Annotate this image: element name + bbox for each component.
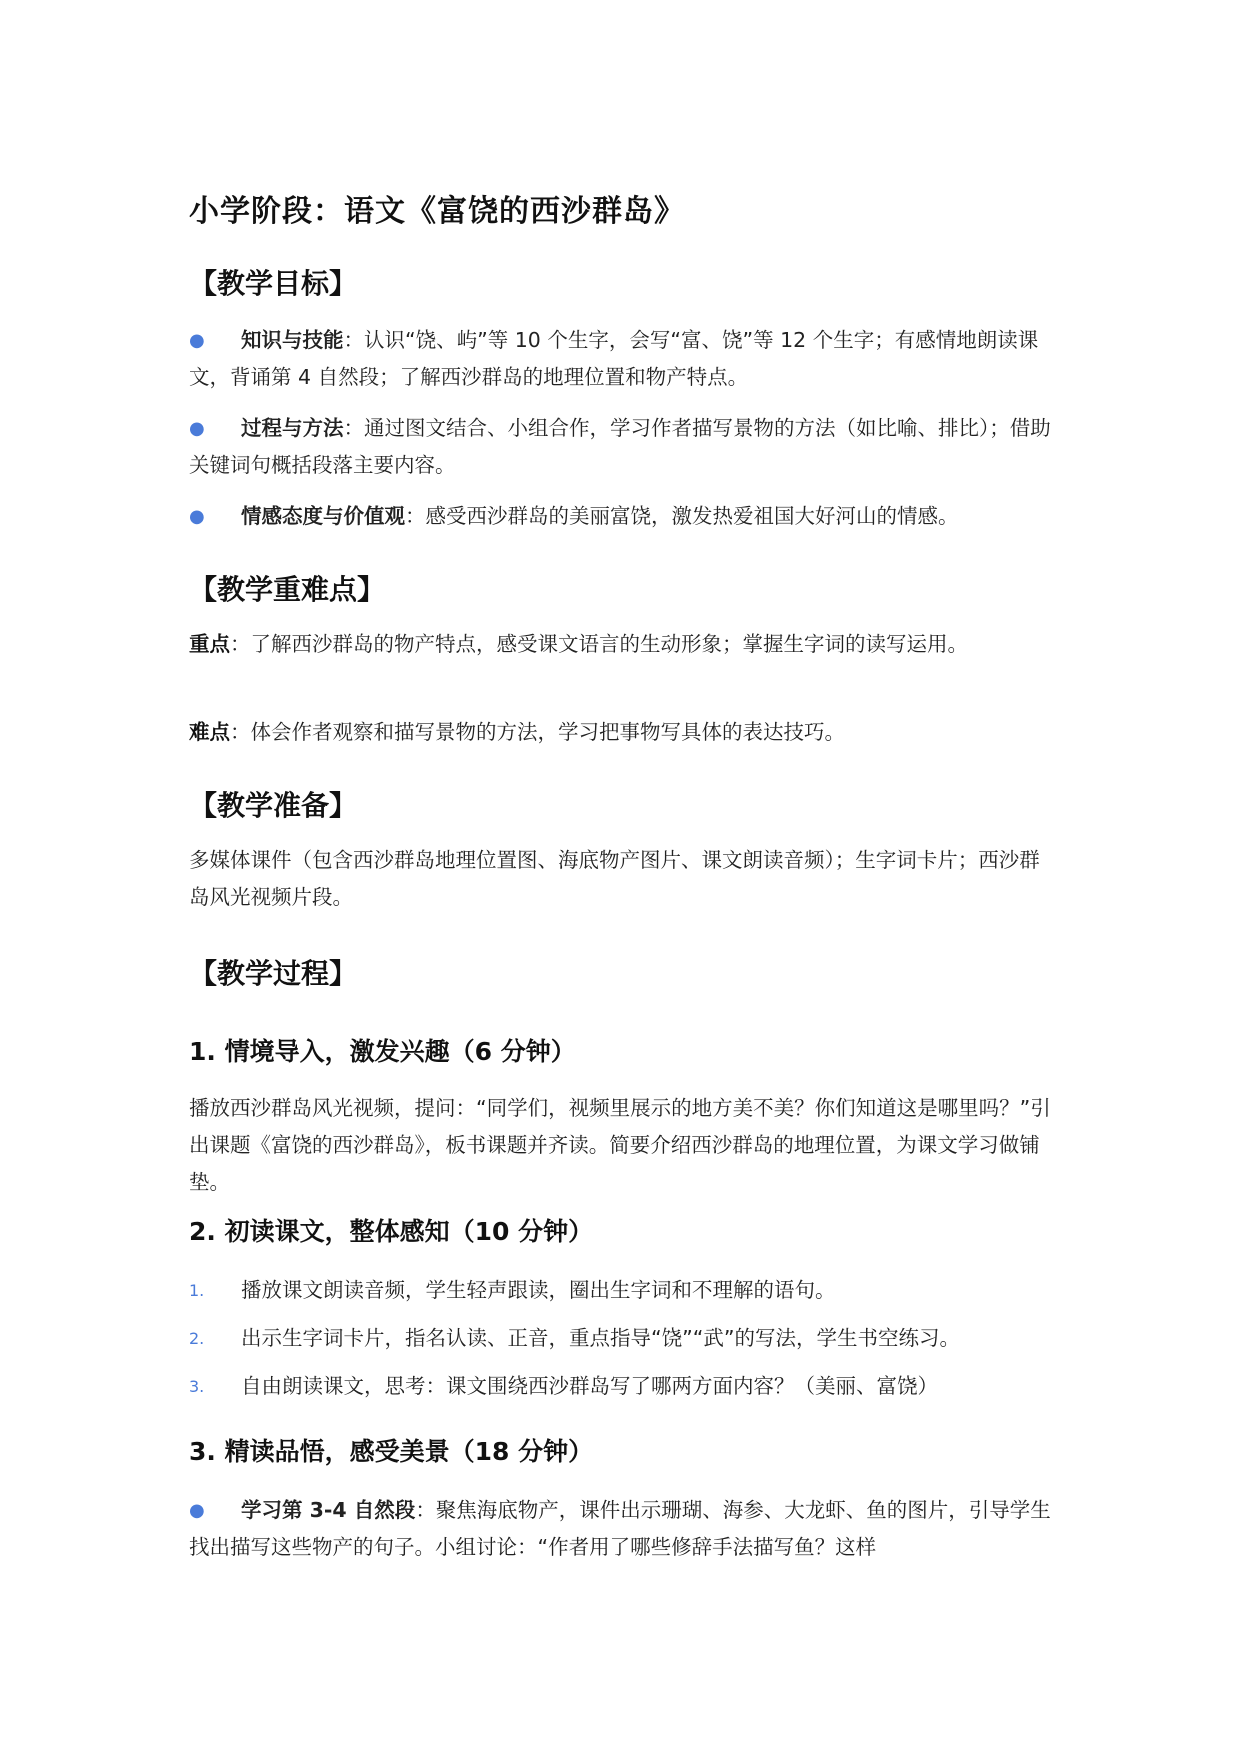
item-text: 播放课文朗读音频，学生轻声跟读，圈出生字词和不理解的语句。 xyxy=(241,1278,836,1302)
list-item: 3. 自由朗读课文，思考：课文围绕西沙群岛写了哪两方面内容？（美丽、富饶） xyxy=(189,1368,1059,1405)
item-text: ：感受西沙群岛的美丽富饶，激发热爱祖国大好河山的情感。 xyxy=(405,504,959,528)
list-item: ● 过程与方法：通过图文结合、小组合作，学习作者描写景物的方法（如比喻、排比）；… xyxy=(189,410,1059,484)
list-number: 2. xyxy=(189,1320,204,1357)
item-label: 重点 xyxy=(189,632,230,656)
item-text: ：了解西沙群岛的物产特点，感受课文语言的生动形象；掌握生字词的读写运用。 xyxy=(230,632,968,656)
item-label: 过程与方法 xyxy=(241,416,344,440)
item-text: 自由朗读课文，思考：课文围绕西沙群岛写了哪两方面内容？（美丽、富饶） xyxy=(241,1374,938,1398)
item-label: 学习第 3-4 自然段 xyxy=(241,1498,415,1522)
bullet-icon: ● xyxy=(189,410,205,447)
bullet-icon: ● xyxy=(189,498,205,535)
document-title: 小学阶段：语文《富饶的西沙群岛》 xyxy=(189,186,685,230)
item-text: 出示生字词卡片，指名认读、正音，重点指导“饶”“武”的写法，学生书空练习。 xyxy=(241,1326,960,1350)
bullet-icon: ● xyxy=(189,1492,205,1529)
list-item: ● 知识与技能：认识“饶、屿”等 10 个生字，会写“富、饶”等 12 个生字；… xyxy=(189,322,1059,396)
paragraph-step-1: 播放西沙群岛风光视频，提问：“同学们，视频里展示的地方美不美？你们知道这是哪里吗… xyxy=(189,1090,1059,1201)
list-number: 3. xyxy=(189,1368,204,1405)
heading-step-3: 3. 精读品悟，感受美景（18 分钟） xyxy=(189,1432,593,1468)
paragraph-difficulty: 难点：体会作者观察和描写景物的方法，学习把事物写具体的表达技巧。 xyxy=(189,714,1059,751)
heading-objectives: 【教学目标】 xyxy=(189,262,357,302)
heading-step-2: 2. 初读课文，整体感知（10 分钟） xyxy=(189,1212,593,1248)
item-label: 情感态度与价值观 xyxy=(241,504,405,528)
heading-key-points: 【教学重难点】 xyxy=(189,568,385,608)
item-text: ：体会作者观察和描写景物的方法，学习把事物写具体的表达技巧。 xyxy=(230,720,845,744)
item-label: 知识与技能 xyxy=(241,328,344,352)
list-item: 1. 播放课文朗读音频，学生轻声跟读，圈出生字词和不理解的语句。 xyxy=(189,1272,1059,1309)
paragraph-preparation: 多媒体课件（包含西沙群岛地理位置图、海底物产图片、课文朗读音频）；生字词卡片；西… xyxy=(189,842,1059,916)
heading-step-1: 1. 情境导入，激发兴趣（6 分钟） xyxy=(189,1032,576,1068)
list-item: ● 情感态度与价值观：感受西沙群岛的美丽富饶，激发热爱祖国大好河山的情感。 xyxy=(189,498,1059,535)
list-item: 2. 出示生字词卡片，指名认读、正音，重点指导“饶”“武”的写法，学生书空练习。 xyxy=(189,1320,1059,1357)
heading-preparation: 【教学准备】 xyxy=(189,784,357,824)
list-item: ● 学习第 3-4 自然段：聚焦海底物产，课件出示珊瑚、海参、大龙虾、鱼的图片，… xyxy=(189,1492,1059,1566)
paragraph-key-point: 重点：了解西沙群岛的物产特点，感受课文语言的生动形象；掌握生字词的读写运用。 xyxy=(189,626,1059,663)
heading-process: 【教学过程】 xyxy=(189,952,357,992)
list-number: 1. xyxy=(189,1272,204,1309)
item-label: 难点 xyxy=(189,720,230,744)
bullet-icon: ● xyxy=(189,322,205,359)
